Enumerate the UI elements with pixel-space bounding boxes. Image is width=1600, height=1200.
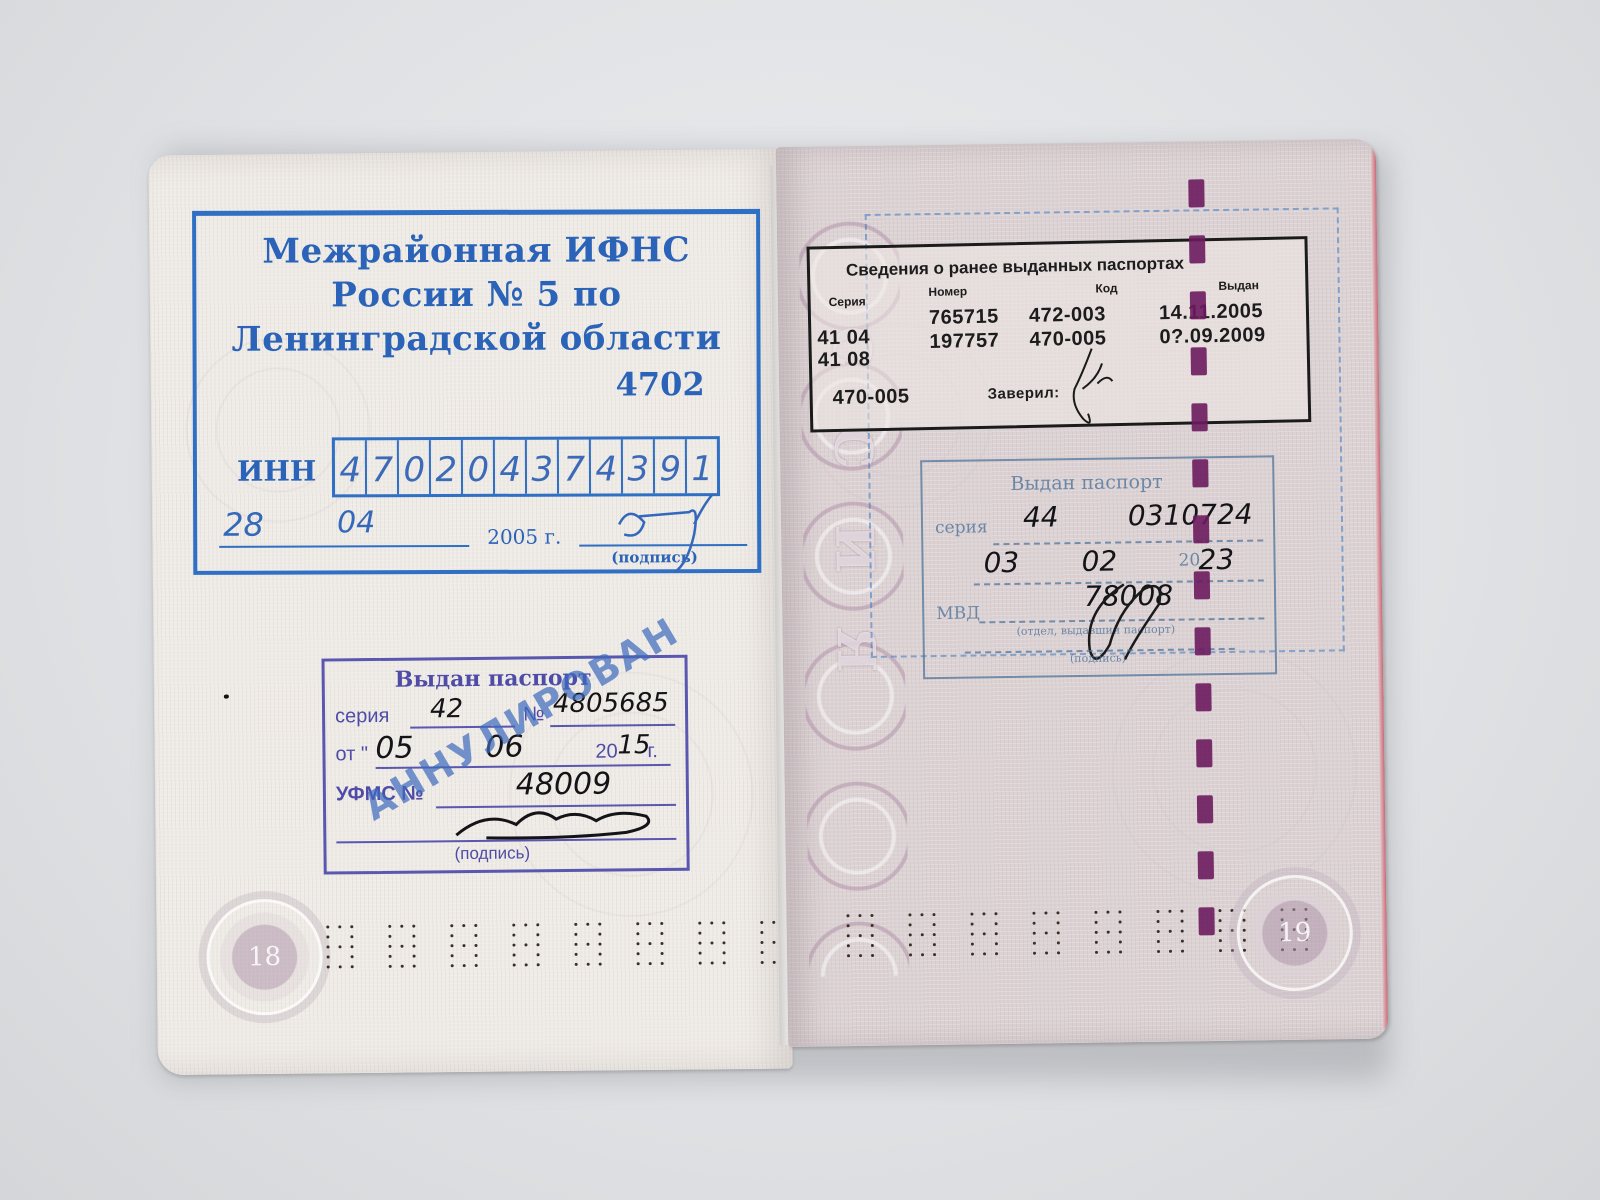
stamp-title: Выдан паспорт	[1010, 471, 1163, 495]
year-printed: 20	[595, 740, 617, 763]
perforation-mark	[1191, 347, 1207, 375]
perforation-mark	[1189, 235, 1205, 263]
ifns-date-row: 28 04 2005 г. (подпись)	[219, 504, 747, 556]
perforation-mark	[1191, 403, 1207, 431]
column-header-number: Номер	[928, 284, 967, 299]
perforation-mark	[1194, 627, 1210, 655]
column-header-seria: Серия	[829, 294, 866, 309]
seria-value: 44	[1023, 500, 1059, 533]
perforated-character	[574, 923, 602, 969]
row-2-seria: 41 08	[818, 348, 871, 372]
perforation-mark	[1198, 851, 1214, 879]
signature-icon	[1062, 343, 1124, 434]
inn-digit-4: 2	[431, 440, 463, 494]
row-1-number: 765715	[929, 306, 999, 330]
column-header-issued: Выдан	[1218, 278, 1259, 293]
seria-label: серия	[935, 517, 988, 538]
row-1-issued: 14.11.2005	[1159, 300, 1263, 325]
perforated-character	[908, 913, 937, 959]
ifns-title-line-1: Межрайонная ИФНС	[196, 228, 756, 274]
perforation-mark	[1190, 291, 1206, 319]
perforated-character	[1032, 911, 1061, 957]
inn-digit-6: 4	[495, 440, 527, 494]
inn-digit-1: 4	[335, 440, 367, 494]
ifns-title-line-3: Ленинградской области	[196, 316, 756, 362]
perforation-mark	[1196, 739, 1212, 767]
row-1-code: 472-003	[1029, 303, 1106, 328]
perforated-character	[1094, 910, 1123, 956]
perforated-character	[326, 925, 354, 971]
perforation-mark	[1188, 179, 1204, 207]
perforation-mark	[1193, 515, 1209, 543]
inn-digit-boxes: 470204374391	[332, 436, 720, 497]
ot-label: от "	[335, 743, 368, 766]
perforated-character	[970, 912, 999, 958]
inn-digit-2: 7	[367, 440, 399, 494]
left-page: Межрайонная ИФНС России № 5 по Ленинград…	[148, 149, 793, 1076]
perforated-character	[846, 914, 875, 960]
row-2-issued: 0?.09.2009	[1159, 324, 1266, 349]
perforated-character	[1156, 910, 1185, 956]
year-handwritten: 15	[617, 730, 650, 760]
ifns-code: 4702	[197, 360, 757, 410]
signature-icon	[599, 494, 749, 575]
perforated-character	[388, 925, 416, 971]
perforated-character	[512, 923, 540, 969]
inn-digit-8: 7	[559, 440, 591, 494]
stamp-title: Сведения о ранее выданных паспортах	[846, 254, 1184, 281]
inn-digit-12: 1	[687, 439, 717, 493]
inn-digit-9: 4	[591, 439, 623, 493]
perforation-mark	[1192, 459, 1208, 487]
ifns-title-line-2: России № 5 по	[196, 272, 756, 318]
authority-label: МВД	[936, 603, 980, 624]
inn-digit-3: 0	[399, 440, 431, 494]
inn-digit-5: 0	[463, 440, 495, 494]
inn-digit-11: 9	[655, 439, 687, 493]
date-underline	[219, 545, 469, 548]
year-suffix: г.	[647, 740, 658, 763]
ifns-stamp: Межрайонная ИФНС России № 5 по Ленинград…	[192, 209, 761, 575]
ifns-date-month: 04	[337, 505, 375, 540]
number-value: 0310724	[1128, 498, 1253, 533]
column-header-code: Код	[1095, 281, 1117, 295]
seria-label: серия	[335, 705, 389, 729]
right-page: ССИЯ Сведения о ранее выданных паспортах…	[776, 139, 1389, 1047]
inn-digit-7: 3	[527, 440, 559, 494]
perforated-character	[450, 924, 478, 970]
signature-icon	[446, 798, 667, 850]
perforated-character	[636, 922, 664, 968]
ink-dot	[224, 695, 229, 699]
number-underline	[550, 724, 675, 727]
inn-digit-10: 3	[623, 439, 655, 493]
signature-label: (подпись)	[454, 843, 530, 864]
ifns-date-year: 2005 г.	[487, 525, 561, 549]
previous-passports-stamp: Сведения о ранее выданных паспортах Сери…	[806, 236, 1311, 432]
footer-code: 470-005	[832, 385, 909, 410]
perforated-character	[698, 921, 726, 967]
perforation-number	[326, 921, 788, 972]
perforation-mark	[1197, 795, 1213, 823]
signature-label: (подпись)	[1070, 651, 1126, 665]
perforation-mark	[1194, 571, 1210, 599]
inn-row: ИНН 470204374391	[237, 436, 721, 498]
row-1-seria: 41 04	[817, 326, 870, 350]
page-number-rosette: 18	[206, 899, 323, 1016]
issued-passport-stamp-right: Выдан паспорт серия 44 0310724 03 02 20 …	[920, 455, 1277, 679]
inn-label: ИНН	[237, 454, 316, 487]
perforation-mark	[1195, 683, 1211, 711]
authority-value: 48009	[516, 767, 612, 803]
ifns-date-day: 28	[223, 506, 264, 544]
seria-value: 42	[430, 694, 463, 724]
day-value: 03	[983, 546, 1019, 579]
certified-label: Заверил:	[987, 384, 1059, 403]
issued-passport-stamp-left: Выдан паспорт серия 42 № 4805685 от " 05…	[321, 655, 689, 875]
row-2-number: 197757	[929, 330, 999, 354]
